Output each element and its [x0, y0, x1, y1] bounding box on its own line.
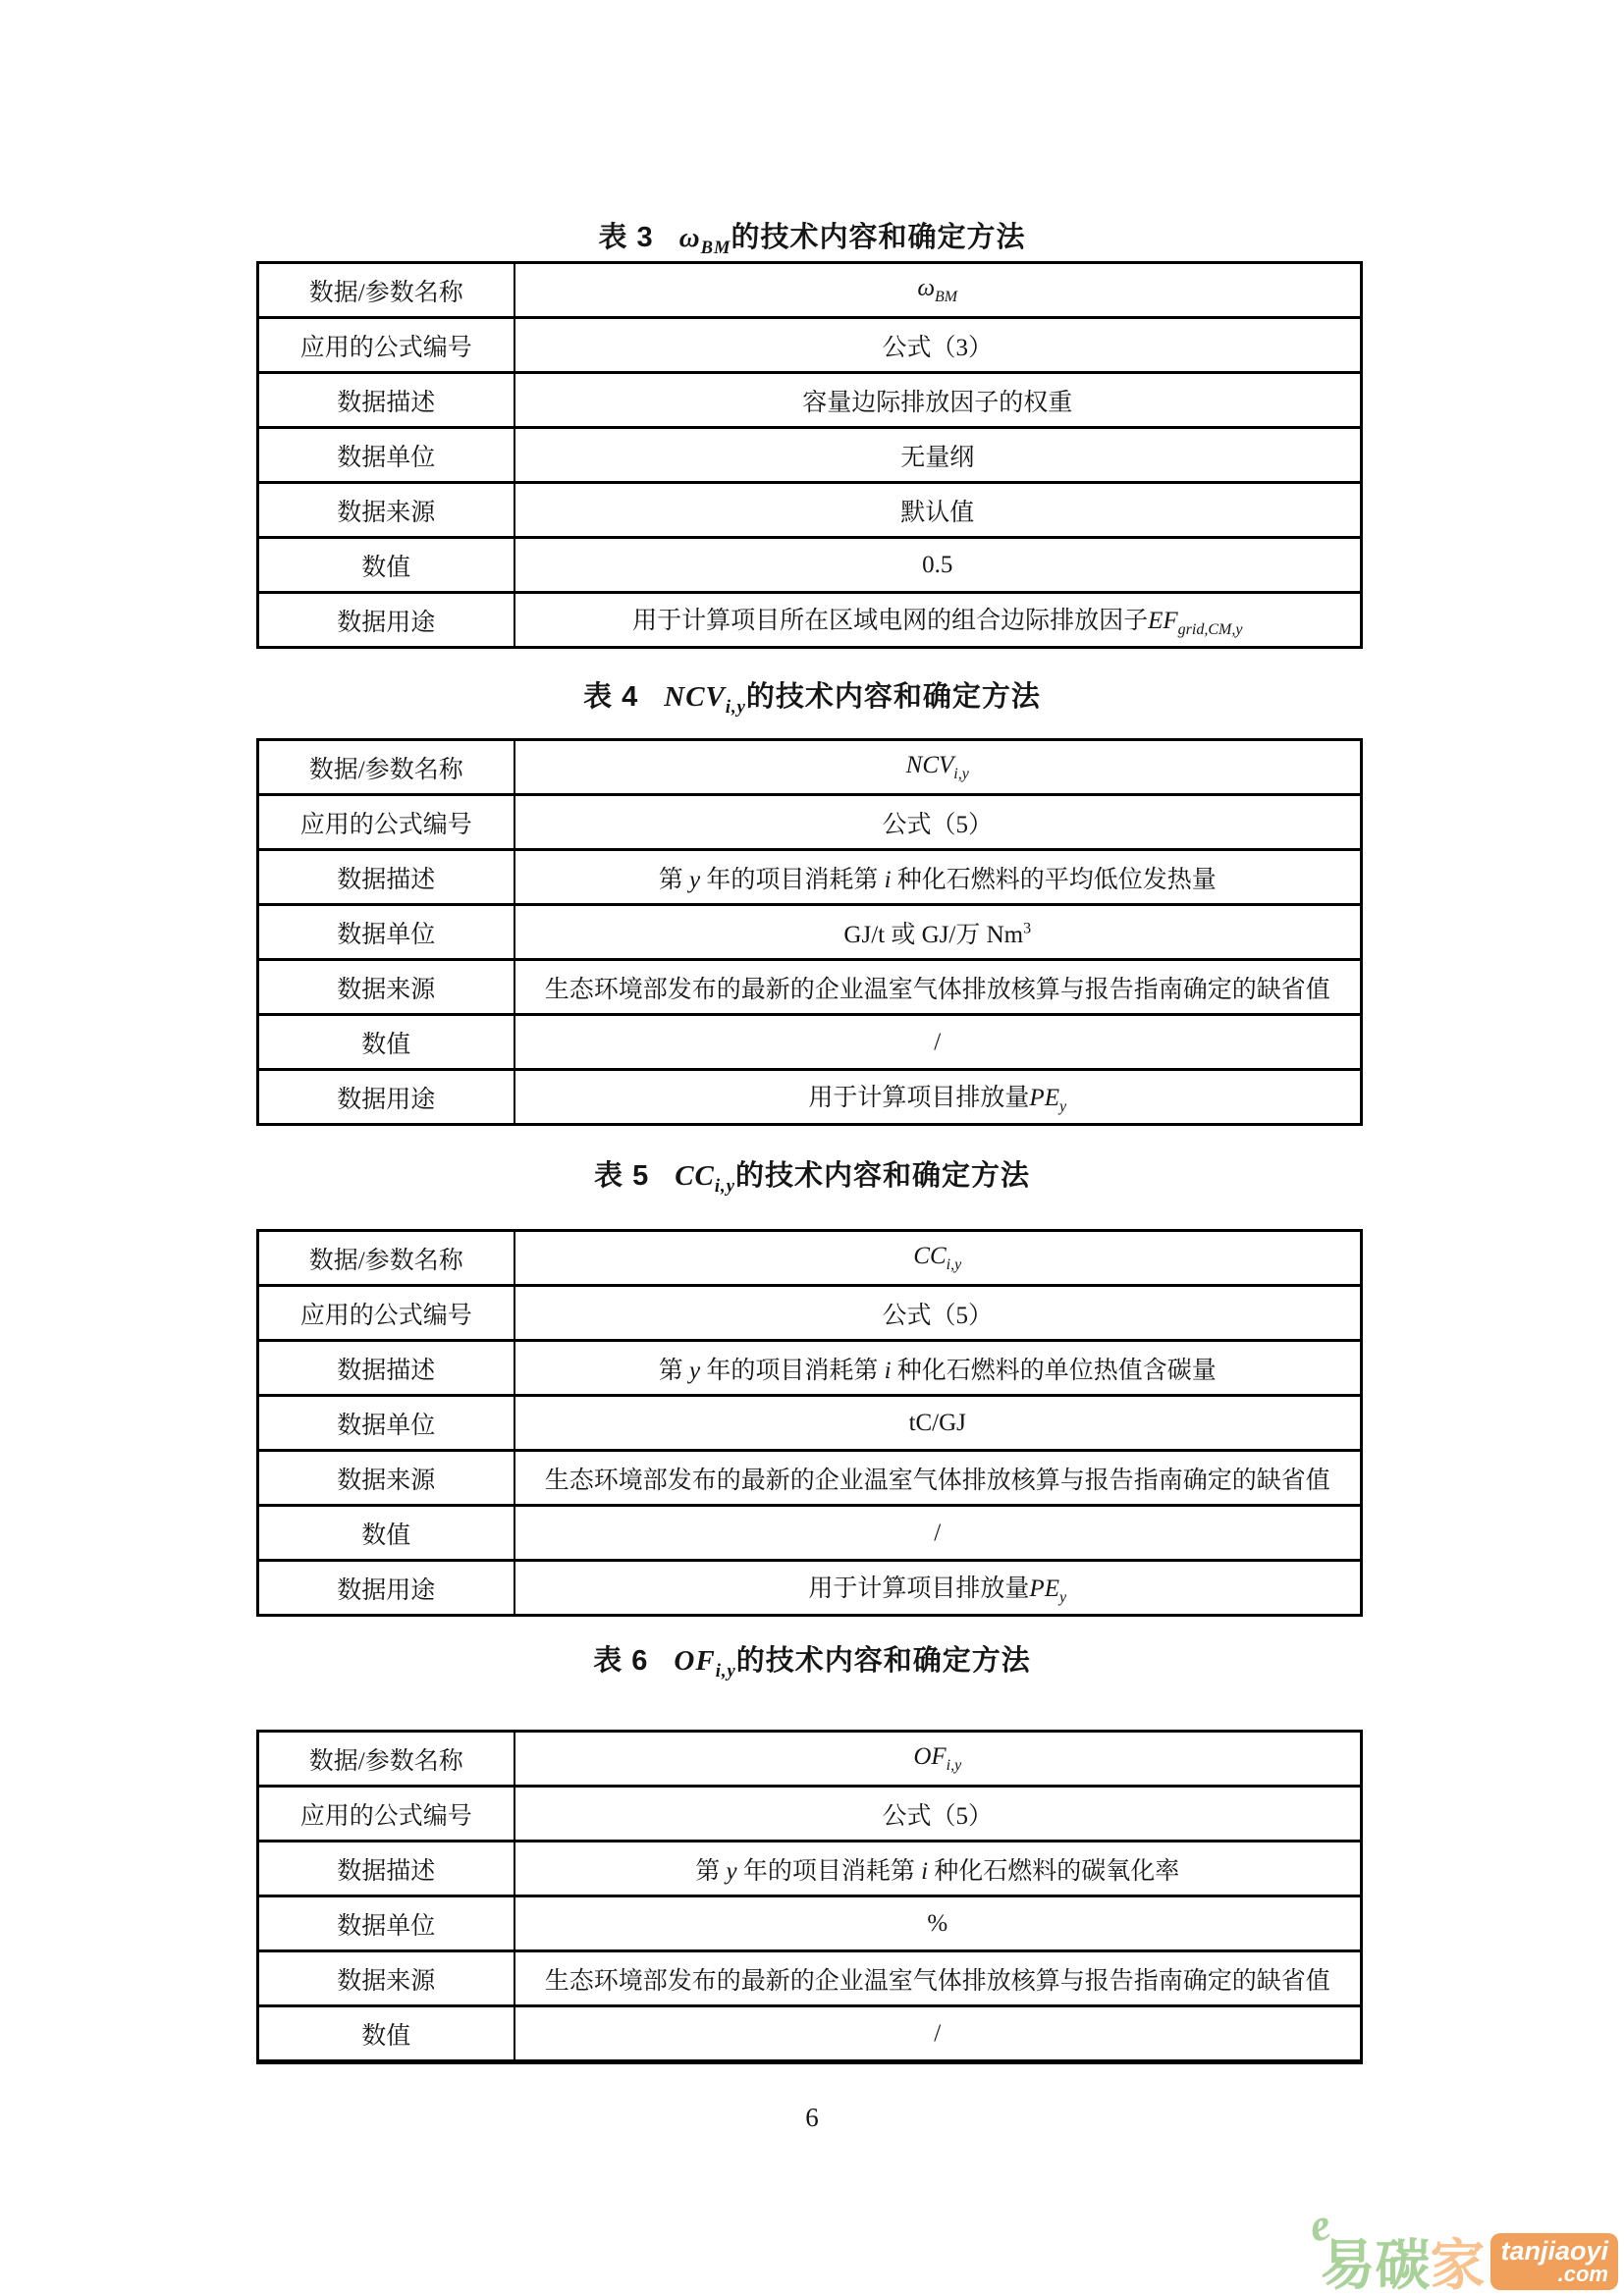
row-value: CCi,y — [514, 1231, 1362, 1286]
table-row: 数据来源 默认值 — [258, 483, 1362, 538]
row-value: 0.5 — [514, 538, 1362, 593]
table-row: 数据单位 GJ/t 或 GJ/万 Nm3 — [258, 905, 1362, 960]
table-6: 数据/参数名称 OFi,y 应用的公式编号 公式（5） 数据描述 第 y 年的项… — [256, 1730, 1363, 2064]
row-label: 数据单位 — [258, 905, 514, 960]
table-5: 数据/参数名称 CCi,y 应用的公式编号 公式（5） 数据描述 第 y 年的项… — [256, 1229, 1363, 1617]
row-value: / — [514, 1015, 1362, 1070]
table-row: 数值 / — [258, 1015, 1362, 1070]
table-4-parameter-symbol: NCVi,y — [664, 681, 746, 713]
table-row: 数据用途 用于计算项目所在区域电网的组合边际排放因子EFgrid,CM,y — [258, 593, 1362, 648]
table-5-number: 表 5 — [594, 1160, 649, 1192]
watermark-brand-orange: 家 — [1430, 2237, 1485, 2294]
watermark-logo: e 易碳 家 tanjiaoyi .com — [1320, 2233, 1618, 2294]
row-label: 数据单位 — [258, 428, 514, 483]
watermark-badge: tanjiaoyi .com — [1490, 2233, 1618, 2290]
table-row: 数据单位 无量纲 — [258, 428, 1362, 483]
row-label: 数据/参数名称 — [258, 263, 514, 318]
row-value: 公式（3） — [514, 318, 1362, 373]
table-row: 数据来源 生态环境部发布的最新的企业温室气体排放核算与报告指南确定的缺省值 — [258, 1951, 1362, 2006]
row-label: 数据/参数名称 — [258, 1231, 514, 1286]
table-5-title: 表 5CCi,y的技术内容和确定方法 — [0, 1156, 1624, 1206]
row-label: 应用的公式编号 — [258, 1286, 514, 1341]
table-4-title-text: 的技术内容和确定方法 — [746, 681, 1041, 713]
table-row: 数据/参数名称 OFi,y — [258, 1732, 1362, 1787]
row-value: 第 y 年的项目消耗第 i 种化石燃料的平均低位发热量 — [514, 850, 1362, 905]
table-row: 数据来源 生态环境部发布的最新的企业温室气体排放核算与报告指南确定的缺省值 — [258, 960, 1362, 1015]
table-row: 数据来源 生态环境部发布的最新的企业温室气体排放核算与报告指南确定的缺省值 — [258, 1451, 1362, 1506]
row-value: ωBM — [514, 263, 1362, 318]
row-value: / — [514, 1506, 1362, 1561]
table-row: 数据用途 用于计算项目排放量PEy — [258, 1561, 1362, 1616]
table-3-title-text: 的技术内容和确定方法 — [731, 222, 1026, 253]
table-4-title: 表 4NCVi,y的技术内容和确定方法 — [0, 677, 1624, 727]
table-row: 数据描述 第 y 年的项目消耗第 i 种化石燃料的单位热值含碳量 — [258, 1341, 1362, 1396]
row-label: 数据用途 — [258, 1561, 514, 1616]
row-value: 公式（5） — [514, 1286, 1362, 1341]
row-label: 数值 — [258, 538, 514, 593]
table-row: 应用的公式编号 公式（5） — [258, 795, 1362, 850]
row-label: 数据描述 — [258, 1341, 514, 1396]
row-label: 数据来源 — [258, 960, 514, 1015]
watermark-badge-line1: tanjiaoyi — [1500, 2238, 1608, 2264]
row-value: 第 y 年的项目消耗第 i 种化石燃料的碳氧化率 — [514, 1842, 1362, 1896]
table-3-parameter-symbol: ωBM — [679, 222, 731, 253]
row-label: 数据单位 — [258, 1896, 514, 1951]
watermark-swoosh-icon: e — [1306, 2204, 1334, 2247]
row-label: 应用的公式编号 — [258, 1787, 514, 1842]
page-number: 6 — [0, 2103, 1624, 2133]
row-label: 数据用途 — [258, 1070, 514, 1125]
row-value: OFi,y — [514, 1732, 1362, 1787]
table-4-number: 表 4 — [583, 681, 638, 713]
row-label: 应用的公式编号 — [258, 318, 514, 373]
table-row: 数据描述 第 y 年的项目消耗第 i 种化石燃料的碳氧化率 — [258, 1842, 1362, 1896]
table-6-parameter-symbol: OFi,y — [674, 1645, 735, 1677]
table-row: 数据单位 tC/GJ — [258, 1396, 1362, 1451]
row-value: 默认值 — [514, 483, 1362, 538]
row-label: 数据描述 — [258, 850, 514, 905]
row-value: GJ/t 或 GJ/万 Nm3 — [514, 905, 1362, 960]
watermark-badge-line2: .com — [1558, 2264, 1608, 2284]
row-value: 无量纲 — [514, 428, 1362, 483]
table-3-number: 表 3 — [598, 222, 653, 253]
row-value: / — [514, 2006, 1362, 2062]
row-label: 数据来源 — [258, 1951, 514, 2006]
row-value: % — [514, 1896, 1362, 1951]
row-label: 数值 — [258, 1506, 514, 1561]
table-row: 数据单位 % — [258, 1896, 1362, 1951]
row-label: 数据来源 — [258, 483, 514, 538]
table-row: 数据描述 容量边际排放因子的权重 — [258, 373, 1362, 428]
row-label: 应用的公式编号 — [258, 795, 514, 850]
row-value: 公式（5） — [514, 1787, 1362, 1842]
table-row: 应用的公式编号 公式（5） — [258, 1787, 1362, 1842]
row-value: 公式（5） — [514, 795, 1362, 850]
table-4: 数据/参数名称 NCVi,y 应用的公式编号 公式（5） 数据描述 第 y 年的… — [256, 738, 1363, 1126]
row-value: 容量边际排放因子的权重 — [514, 373, 1362, 428]
row-value: 用于计算项目所在区域电网的组合边际排放因子EFgrid,CM,y — [514, 593, 1362, 648]
row-value: 用于计算项目排放量PEy — [514, 1561, 1362, 1616]
row-value: 生态环境部发布的最新的企业温室气体排放核算与报告指南确定的缺省值 — [514, 960, 1362, 1015]
document-page: 表 3ωBM的技术内容和确定方法 数据/参数名称 ωBM 应用的公式编号 公式（… — [0, 0, 1624, 2296]
table-row: 数据描述 第 y 年的项目消耗第 i 种化石燃料的平均低位发热量 — [258, 850, 1362, 905]
row-label: 数据单位 — [258, 1396, 514, 1451]
row-value: 第 y 年的项目消耗第 i 种化石燃料的单位热值含碳量 — [514, 1341, 1362, 1396]
table-5-title-text: 的技术内容和确定方法 — [735, 1160, 1030, 1192]
table-row: 数据/参数名称 CCi,y — [258, 1231, 1362, 1286]
row-label: 数据来源 — [258, 1451, 514, 1506]
table-6-title-text: 的技术内容和确定方法 — [736, 1645, 1031, 1677]
table-row: 数值 0.5 — [258, 538, 1362, 593]
row-value: tC/GJ — [514, 1396, 1362, 1451]
watermark-brand-green: 易碳 — [1320, 2237, 1430, 2294]
row-label: 数据描述 — [258, 1842, 514, 1896]
row-label: 数据/参数名称 — [258, 740, 514, 795]
table-6-title: 表 6OFi,y的技术内容和确定方法 — [0, 1641, 1624, 1691]
table-row: 数据/参数名称 ωBM — [258, 263, 1362, 318]
row-value: 生态环境部发布的最新的企业温室气体排放核算与报告指南确定的缺省值 — [514, 1951, 1362, 2006]
table-row: 数据/参数名称 NCVi,y — [258, 740, 1362, 795]
row-label: 数据/参数名称 — [258, 1732, 514, 1787]
table-row: 数据用途 用于计算项目排放量PEy — [258, 1070, 1362, 1125]
table-6-number: 表 6 — [593, 1645, 648, 1677]
row-label: 数据用途 — [258, 593, 514, 648]
row-value: 生态环境部发布的最新的企业温室气体排放核算与报告指南确定的缺省值 — [514, 1451, 1362, 1506]
table-5-parameter-symbol: CCi,y — [675, 1160, 735, 1192]
row-label: 数值 — [258, 2006, 514, 2062]
table-row: 数值 / — [258, 1506, 1362, 1561]
table-row: 应用的公式编号 公式（5） — [258, 1286, 1362, 1341]
table-row: 数值 / — [258, 2006, 1362, 2062]
row-label: 数值 — [258, 1015, 514, 1070]
table-3: 数据/参数名称 ωBM 应用的公式编号 公式（3） 数据描述 容量边际排放因子的… — [256, 261, 1363, 649]
row-value: NCVi,y — [514, 740, 1362, 795]
table-row: 应用的公式编号 公式（3） — [258, 318, 1362, 373]
row-value: 用于计算项目排放量PEy — [514, 1070, 1362, 1125]
row-label: 数据描述 — [258, 373, 514, 428]
